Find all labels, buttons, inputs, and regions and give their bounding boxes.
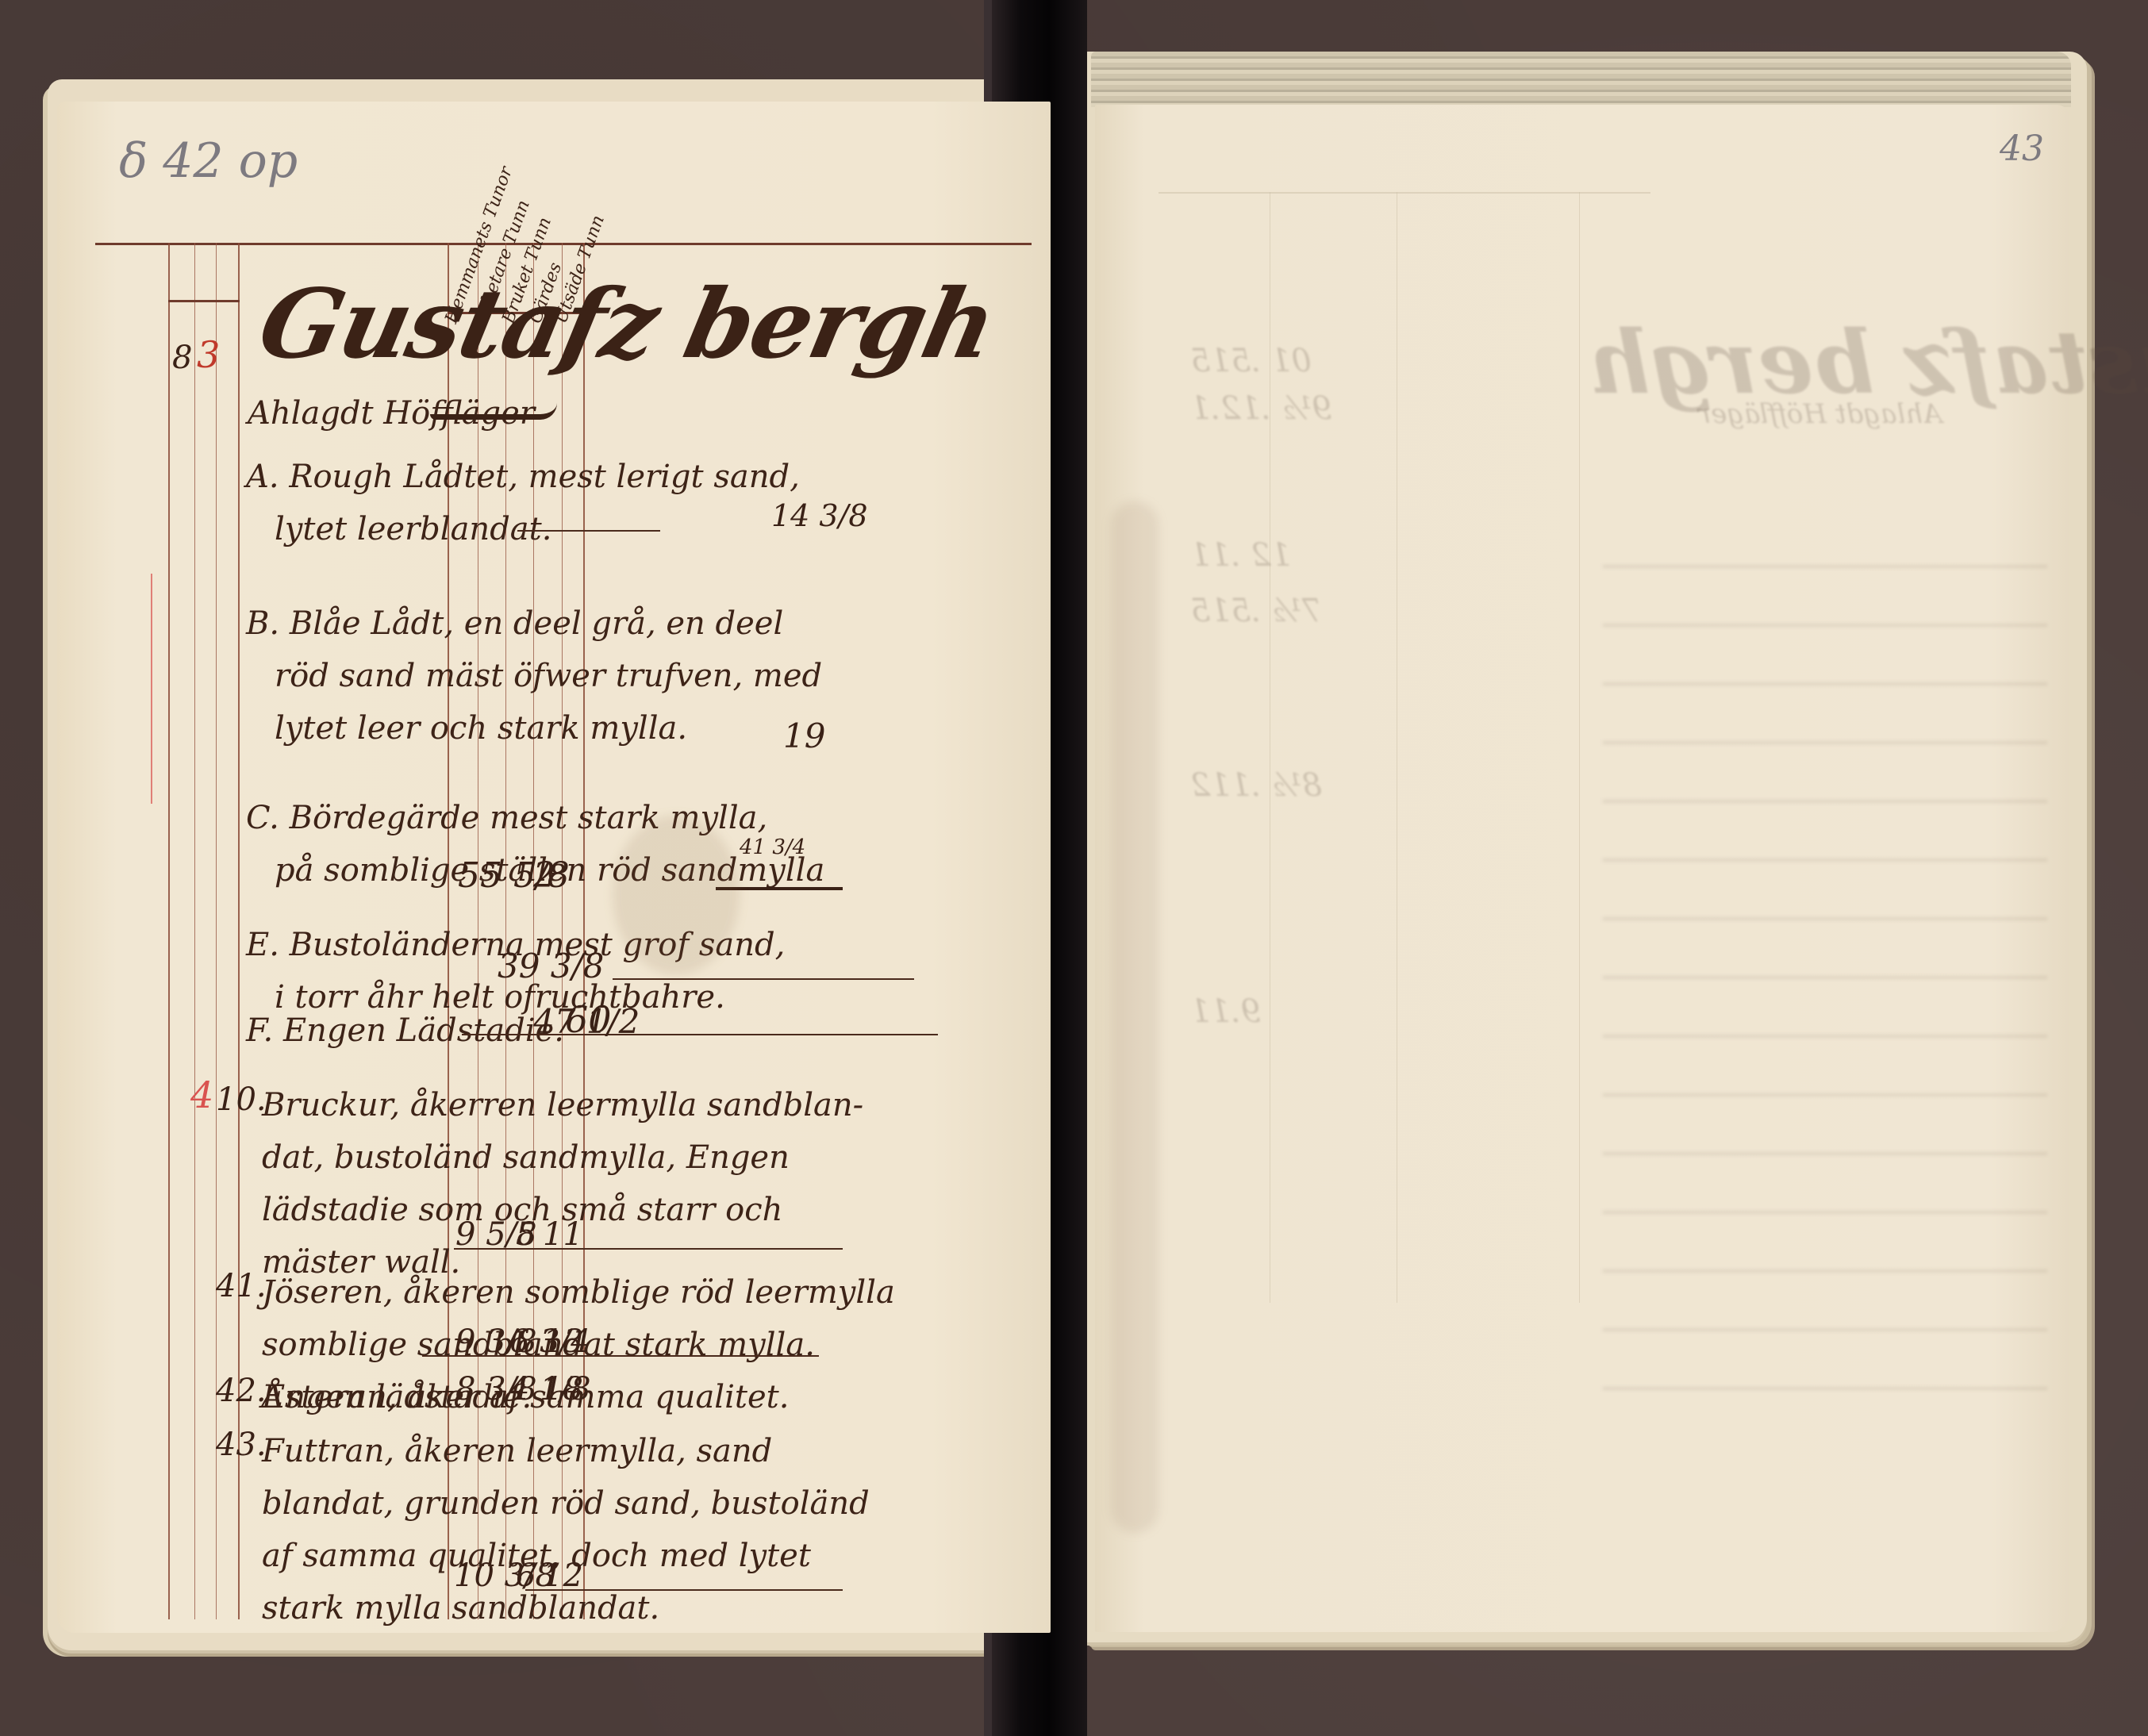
entry-line: Jöseren, åkeren somblige röd leermylla (262, 1274, 895, 1311)
entry-line: lytet leerblandat. (275, 511, 551, 547)
entry-line: Blåe Lådt, en deel grå, en deel (290, 605, 783, 642)
value-42-3: 18 (543, 1371, 583, 1408)
entry-a: A. Rough Lådtet, mest lerigt sand, lytet… (246, 451, 800, 555)
leader-line (517, 530, 660, 532)
parcel-number-42: 42. (216, 1373, 267, 1409)
value-10-2: 5 (516, 1216, 536, 1253)
margin-rule-1 (168, 243, 170, 1619)
show-through-rule (1397, 192, 1397, 1303)
entry-key: B. (246, 605, 279, 642)
parcel-number-10: 10. (216, 1081, 267, 1118)
estate-title: Gustafz bergh (250, 268, 1005, 380)
entry-line: röd sand mäst öfwer trufven, med (275, 658, 822, 694)
value-e: 39 3/8 (498, 947, 604, 985)
gutter-shadow (1111, 501, 1159, 1533)
parcel-number-43: 43. (216, 1427, 267, 1463)
value-a: 14 3/8 (771, 498, 868, 533)
red-margin-number-4: 4 (190, 1073, 213, 1116)
folio-mark: δ 42 op (119, 133, 298, 189)
paper-stain (613, 816, 740, 974)
folio-number: 43 (2000, 129, 2044, 169)
entry-b: B. Blåe Lådt, en deel grå, en deel röd s… (246, 597, 822, 755)
entry-10: Bruckur, åkerren leermylla sandblan- dat… (262, 1079, 863, 1289)
entry-key: C. (246, 800, 279, 836)
entry-line: Bruckur, åkerren leermylla sandblan- (262, 1087, 863, 1123)
value-43-2: 6 (516, 1557, 536, 1594)
left-page: δ 42 op Hemmanets Tunor Arbetare Tunn Br… (57, 102, 1051, 1633)
value-10-3: 11 (543, 1216, 583, 1253)
show-through-rule (1159, 192, 1650, 194)
margin-number-8: 8 (172, 340, 192, 376)
show-through-value: 7½ .515 (1190, 593, 1322, 629)
entry-key: E. (246, 927, 279, 963)
entry-line: lytet leer och stark mylla. (275, 710, 687, 747)
entry-line: Engen Lädstadie. (283, 1012, 564, 1049)
right-page: 43 Gustafz bergh Ahlagdt Höffläger 01 .5… (1095, 105, 2069, 1632)
entry-line: blandat, grunden röd sand, bustoländ (262, 1485, 870, 1522)
entry-43: Futtran, åkeren leermylla, sand blandat,… (262, 1425, 870, 1634)
value-c-1: 41 3/4 (740, 835, 805, 859)
entry-line: dat, bustoländ sandmylla, Engen (262, 1139, 790, 1176)
entry-f: F. Engen Lädstadie. (246, 1004, 564, 1057)
margin-header-rule (168, 300, 240, 302)
margin-rule-3 (216, 243, 217, 1619)
red-margin-number-3: 3 (197, 333, 220, 376)
value-41-3: 13 (543, 1323, 583, 1360)
header-rule (95, 243, 1032, 245)
show-through-value: 9½ .12.1 (1190, 390, 1332, 427)
red-margin-line (151, 574, 152, 804)
entry-line: stark mylla sandblandat. (262, 1590, 659, 1627)
show-through-value: 12 .11 (1190, 537, 1291, 574)
show-through-subtitle: Ahlagdt Höffläger (1698, 398, 1942, 430)
value-43-3: 12 (543, 1557, 583, 1594)
show-through-value: 9.11 (1190, 993, 1261, 1030)
show-through-value: 8½ .112 (1190, 767, 1322, 804)
margin-rule-4 (238, 243, 240, 1619)
entry-key: A. (246, 459, 279, 495)
leader-line (613, 978, 914, 980)
value-c-3: 2 (533, 855, 555, 896)
show-through-value: 01 .515 (1190, 343, 1312, 379)
margin-rule-2 (194, 243, 195, 1619)
show-through-text-block (1603, 517, 2047, 1390)
value-f-2: 60 (565, 998, 612, 1041)
parcel-number-41: 41. (216, 1268, 267, 1304)
value-43-1: 10 3/8 (454, 1557, 555, 1594)
entry-line: Rough Lådtet, mest lerigt sand, (289, 459, 799, 495)
value-b: 19 (783, 716, 825, 755)
title-flourish (430, 403, 557, 420)
show-through-rule (1579, 192, 1580, 1303)
entry-line: Futtran, åkeren leermylla, sand (262, 1433, 772, 1469)
entry-key: F. (246, 1012, 273, 1049)
